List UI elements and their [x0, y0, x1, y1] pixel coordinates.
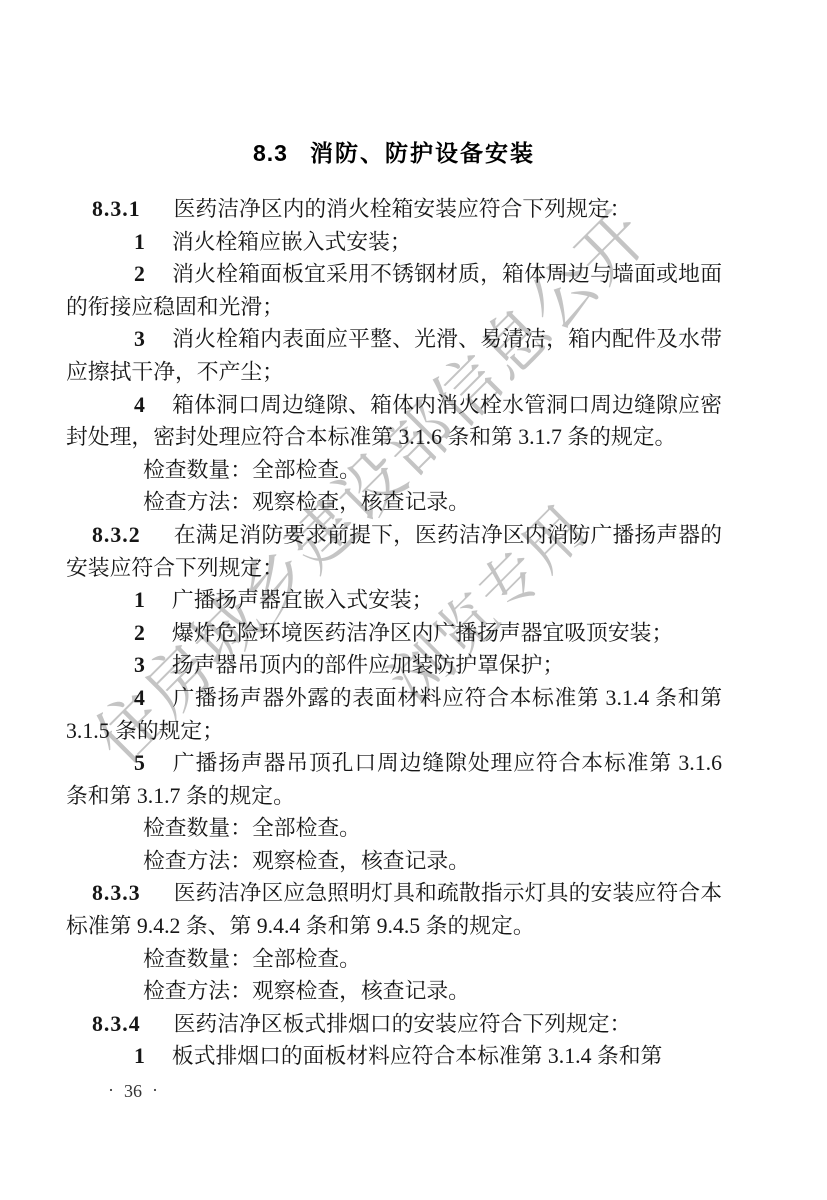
- item-text: 扬声器吊顶内的部件应加装防护罩保护；: [172, 653, 564, 677]
- clause-text: 医药洁净区板式排烟口的安装应符合下列规定：: [174, 1012, 632, 1036]
- check-method-line: 检查方法：观察检查，核查记录。: [66, 975, 722, 1008]
- check-quantity-line: 检查数量：全部检查。: [66, 812, 722, 845]
- item-number: 2: [134, 621, 145, 645]
- clause-paragraph-8-3-4: 8.3.4医药洁净区板式排烟口的安装应符合下列规定：: [66, 1008, 722, 1041]
- check-method-line: 检查方法：观察检查，核查记录。: [66, 486, 722, 519]
- item-text: 板式排烟口的面板材料应符合本标准第 3.1.4 条和第: [172, 1044, 662, 1068]
- check-quantity-line: 检查数量：全部检查。: [66, 454, 722, 487]
- clause-paragraph-8-3-3: 8.3.3医药洁净区应急照明灯具和疏散指示灯具的安装应符合本标准第 9.4.2 …: [66, 877, 722, 942]
- list-item-3: 3消火栓箱内表面应平整、光滑、易清洁，箱内配件及水带应擦拭干净，不产尘；: [66, 323, 722, 388]
- clause-text: 医药洁净区应急照明灯具和疏散指示灯具的安装应符合本标准第 9.4.2 条、第 9…: [66, 881, 722, 938]
- check-text: 检查方法：观察检查，核查记录。: [143, 849, 470, 873]
- clause-paragraph-8-3-2: 8.3.2在满足消防要求前提下，医药洁净区内消防广播扬声器的安装应符合下列规定：: [66, 519, 722, 584]
- check-text: 检查方法：观察检查，核查记录。: [143, 490, 470, 514]
- footer-dot-left: ·: [108, 1080, 114, 1100]
- check-quantity-line: 检查数量：全部检查。: [66, 943, 722, 976]
- page-footer: ·36·: [108, 1080, 158, 1102]
- list-item-3: 3扬声器吊顶内的部件应加装防护罩保护；: [66, 649, 722, 682]
- check-text: 检查数量：全部检查。: [143, 458, 361, 482]
- item-text: 箱体洞口周边缝隙、箱体内消火栓水管洞口周边缝隙应密封处理，密封处理应符合本标准第…: [66, 393, 722, 450]
- section-title-number: 8.3: [253, 140, 288, 166]
- item-text: 爆炸危险环境医药洁净区内广播扬声器宜吸顶安装；: [172, 621, 673, 645]
- item-number: 3: [134, 653, 145, 677]
- check-text: 检查方法：观察检查，核查记录。: [143, 979, 470, 1003]
- item-text: 消火栓箱内表面应平整、光滑、易清洁，箱内配件及水带应擦拭干净，不产尘；: [66, 327, 722, 384]
- item-number: 2: [134, 262, 145, 286]
- check-method-line: 检查方法：观察检查，核查记录。: [66, 845, 722, 878]
- clause-text: 在满足消防要求前提下，医药洁净区内消防广播扬声器的安装应符合下列规定：: [66, 523, 722, 580]
- page-number: 36: [124, 1081, 142, 1101]
- item-number: 5: [134, 751, 145, 775]
- clause-number: 8.3.1: [92, 197, 141, 221]
- document-page: 住房城乡建设部信息公开 浏览专用 8.3消防、防护设备安装 8.3.1医药洁净区…: [0, 0, 827, 1200]
- footer-dot-right: ·: [152, 1080, 158, 1100]
- list-item-2: 2爆炸危险环境医药洁净区内广播扬声器宜吸顶安装；: [66, 617, 722, 650]
- clause-number: 8.3.2: [92, 523, 141, 547]
- item-text: 消火栓箱面板宜采用不锈钢材质，箱体周边与墙面或地面的衔接应稳固和光滑；: [66, 262, 722, 319]
- item-number: 1: [134, 588, 145, 612]
- item-number: 4: [134, 393, 145, 417]
- check-text: 检查数量：全部检查。: [143, 816, 361, 840]
- item-number: 1: [134, 230, 145, 254]
- list-item-1: 1广播扬声器宜嵌入式安装；: [66, 584, 722, 617]
- section-title-text: 消防、防护设备安装: [310, 140, 535, 166]
- clause-number: 8.3.3: [92, 881, 141, 905]
- section-title: 8.3消防、防护设备安装: [66, 140, 722, 167]
- list-item-1: 1消火栓箱应嵌入式安装；: [66, 226, 722, 259]
- document-body: 8.3.1医药洁净区内的消火栓箱安装应符合下列规定： 1消火栓箱应嵌入式安装； …: [66, 193, 722, 1073]
- list-item-4: 4箱体洞口周边缝隙、箱体内消火栓水管洞口周边缝隙应密封处理，密封处理应符合本标准…: [66, 389, 722, 454]
- clause-paragraph-8-3-1: 8.3.1医药洁净区内的消火栓箱安装应符合下列规定：: [66, 193, 722, 226]
- item-number: 1: [134, 1044, 145, 1068]
- item-number: 3: [134, 327, 145, 351]
- clause-text: 医药洁净区内的消火栓箱安装应符合下列规定：: [174, 197, 632, 221]
- item-text: 消火栓箱应嵌入式安装；: [172, 230, 412, 254]
- item-text: 广播扬声器吊顶孔口周边缝隙处理应符合本标准第 3.1.6 条和第 3.1.7 条…: [66, 751, 722, 808]
- list-item-4: 4广播扬声器外露的表面材料应符合本标准第 3.1.4 条和第 3.1.5 条的规…: [66, 682, 722, 747]
- item-text: 广播扬声器外露的表面材料应符合本标准第 3.1.4 条和第 3.1.5 条的规定…: [66, 686, 722, 743]
- list-item-2: 2消火栓箱面板宜采用不锈钢材质，箱体周边与墙面或地面的衔接应稳固和光滑；: [66, 258, 722, 323]
- item-text: 广播扬声器宜嵌入式安装；: [172, 588, 434, 612]
- list-item-1: 1板式排烟口的面板材料应符合本标准第 3.1.4 条和第: [66, 1040, 722, 1073]
- list-item-5: 5广播扬声器吊顶孔口周边缝隙处理应符合本标准第 3.1.6 条和第 3.1.7 …: [66, 747, 722, 812]
- check-text: 检查数量：全部检查。: [143, 947, 361, 971]
- item-number: 4: [134, 686, 145, 710]
- clause-number: 8.3.4: [92, 1012, 141, 1036]
